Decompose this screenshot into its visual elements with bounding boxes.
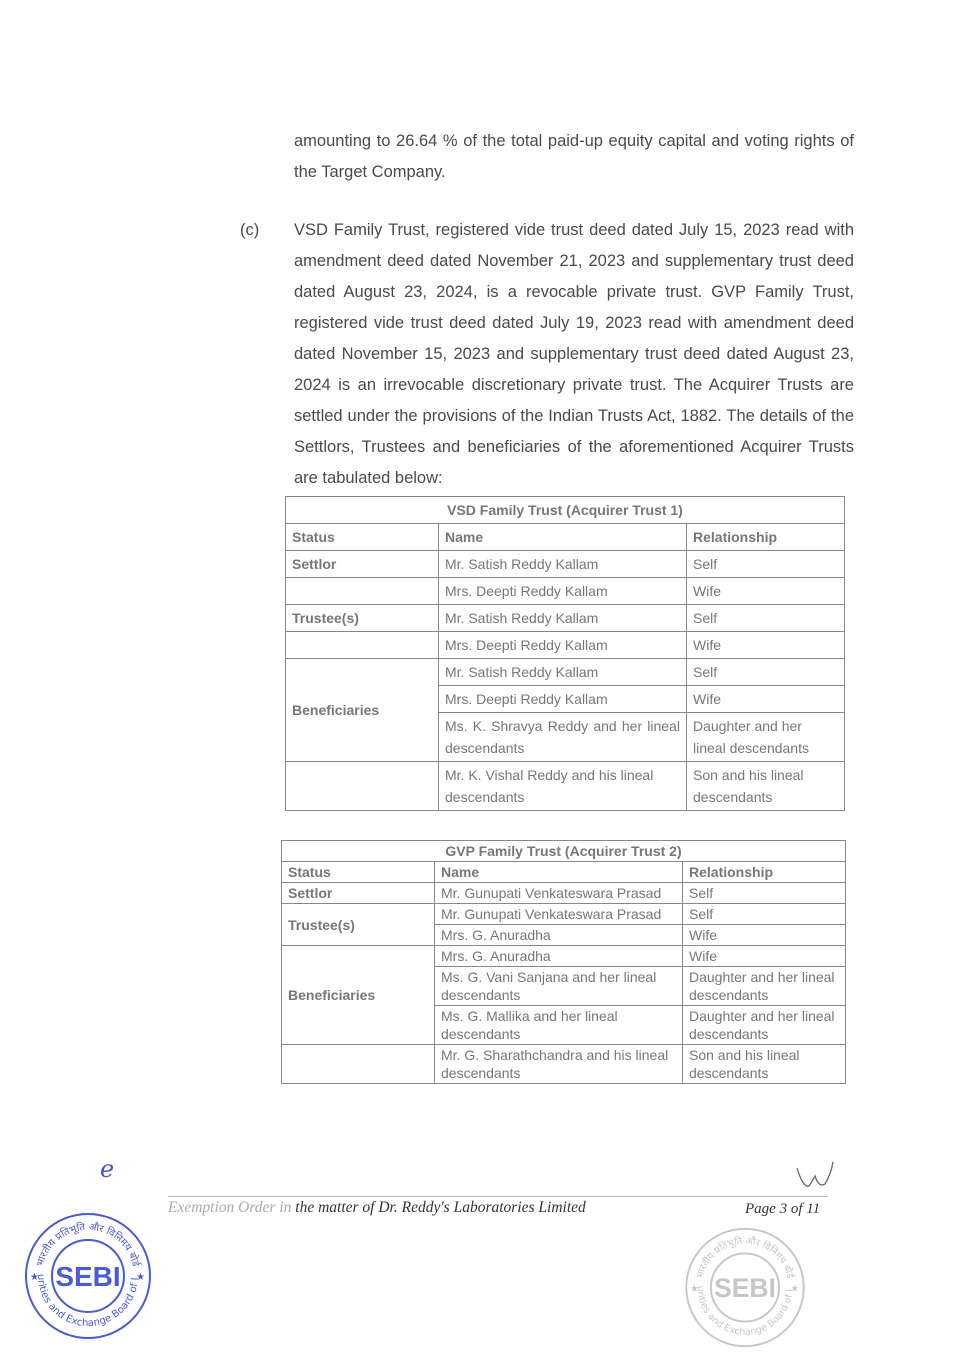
relationship-cell: Wife	[687, 686, 845, 713]
header-relationship: Relationship	[683, 862, 846, 883]
relationship-cell: Self	[687, 605, 845, 632]
name-cell: Mrs. Deepti Reddy Kallam	[439, 578, 687, 605]
svg-text:★: ★	[690, 1283, 698, 1294]
paragraph-marker-c: (c)	[240, 215, 259, 246]
name-cell: Mrs. Deepti Reddy Kallam	[439, 686, 687, 713]
gvp-family-trust-table: GVP Family Trust (Acquirer Trust 2) Stat…	[281, 840, 846, 1084]
status-cell: Beneficiaries	[282, 946, 435, 1045]
relationship-cell: Self	[683, 883, 846, 904]
table-row: Settlor Mr. Gunupati Venkateswara Prasad…	[282, 883, 846, 904]
name-cell: Mrs. G. Anuradha	[435, 946, 683, 967]
relationship-cell: Son and his lineal descendants	[687, 762, 845, 811]
name-cell: Mrs. G. Anuradha	[435, 925, 683, 946]
status-cell: Settlor	[282, 883, 435, 904]
relationship-cell: Son and his lineal descendants	[683, 1045, 846, 1084]
relationship-cell: Self	[687, 659, 845, 686]
header-relationship: Relationship	[687, 524, 845, 551]
status-cell: Settlor	[286, 551, 439, 578]
header-name: Name	[439, 524, 687, 551]
footer-title-main: the matter of Dr. Reddy's Laboratories L…	[291, 1199, 585, 1216]
svg-text:★: ★	[136, 1272, 145, 1283]
status-cell	[286, 632, 439, 659]
header-status: Status	[286, 524, 439, 551]
footer-title: Exemption Order in the matter of Dr. Red…	[168, 1199, 586, 1217]
status-cell: Beneficiaries	[286, 659, 439, 762]
name-cell: Mr. Gunupati Venkateswara Prasad	[435, 904, 683, 925]
name-cell: Mrs. Deepti Reddy Kallam	[439, 632, 687, 659]
relationship-cell: Self	[683, 904, 846, 925]
status-cell	[282, 1045, 435, 1084]
table-row: Mr. G. Sharathchandra and his lineal des…	[282, 1045, 846, 1084]
table-row: Mr. K. Vishal Reddy and his lineal desce…	[286, 762, 845, 811]
relationship-cell: Daughter and her lineal descendants	[683, 1006, 846, 1045]
status-cell	[286, 762, 439, 811]
name-cell: Mr. Satish Reddy Kallam	[439, 551, 687, 578]
name-cell: Mr. Satish Reddy Kallam	[439, 605, 687, 632]
svg-text:★: ★	[30, 1272, 39, 1283]
footer-divider	[168, 1196, 828, 1197]
name-cell: Mr. Satish Reddy Kallam	[439, 659, 687, 686]
relationship-cell: Wife	[683, 946, 846, 967]
svg-text:SEBI: SEBI	[714, 1273, 776, 1303]
sebi-seal-icon: भारतीय प्रतिभूति और विनिमय बोर्ड Securit…	[22, 1210, 154, 1342]
table-row: Mrs. Deepti Reddy Kallam Wife	[286, 578, 845, 605]
name-cell: Ms. G. Vani Sanjana and her lineal desce…	[435, 967, 683, 1006]
sebi-seal-faded-icon: भारतीय प्रतिभूति और विनिमय बोर्ड Securit…	[680, 1225, 810, 1350]
table-row: Trustee(s) Mr. Satish Reddy Kallam Self	[286, 605, 845, 632]
table-row: Settlor Mr. Satish Reddy Kallam Self	[286, 551, 845, 578]
name-cell: Mr. K. Vishal Reddy and his lineal desce…	[439, 762, 687, 811]
status-cell: Trustee(s)	[282, 904, 435, 946]
intro-paragraph: amounting to 26.64 % of the total paid-u…	[294, 126, 854, 188]
initial-left: e	[100, 1155, 114, 1183]
relationship-cell: Wife	[687, 632, 845, 659]
footer-title-prefix: Exemption Order in	[168, 1199, 291, 1216]
name-cell: Mr. Gunupati Venkateswara Prasad	[435, 883, 683, 904]
header-status: Status	[282, 862, 435, 883]
relationship-cell: Daughter and her lineal descendants	[683, 967, 846, 1006]
relationship-cell: Daughter and her lineal descendants	[687, 713, 845, 762]
table-row: Beneficiaries Mrs. G. Anuradha Wife	[282, 946, 846, 967]
table-title: VSD Family Trust (Acquirer Trust 1)	[286, 497, 845, 524]
status-cell	[286, 578, 439, 605]
signature-initial-right-icon	[795, 1160, 835, 1192]
relationship-cell: Wife	[687, 578, 845, 605]
svg-text:★: ★	[790, 1283, 798, 1294]
relationship-cell: Self	[687, 551, 845, 578]
relationship-cell: Wife	[683, 925, 846, 946]
table-row: Mrs. Deepti Reddy Kallam Wife	[286, 632, 845, 659]
table-row: Beneficiaries Mr. Satish Reddy Kallam Se…	[286, 659, 845, 686]
name-cell: Ms. G. Mallika and her lineal descendant…	[435, 1006, 683, 1045]
table-row: Trustee(s) Mr. Gunupati Venkateswara Pra…	[282, 904, 846, 925]
status-cell: Trustee(s)	[286, 605, 439, 632]
vsd-family-trust-table: VSD Family Trust (Acquirer Trust 1) Stat…	[285, 496, 845, 811]
name-cell: Ms. K. Shravya Reddy and her lineal desc…	[439, 713, 687, 762]
header-name: Name	[435, 862, 683, 883]
name-cell: Mr. G. Sharathchandra and his lineal des…	[435, 1045, 683, 1084]
paragraph-c: VSD Family Trust, registered vide trust …	[294, 215, 854, 494]
table-title: GVP Family Trust (Acquirer Trust 2)	[282, 841, 846, 862]
svg-text:SEBI: SEBI	[55, 1261, 120, 1292]
page-number: Page 3 of 11	[745, 1201, 820, 1218]
